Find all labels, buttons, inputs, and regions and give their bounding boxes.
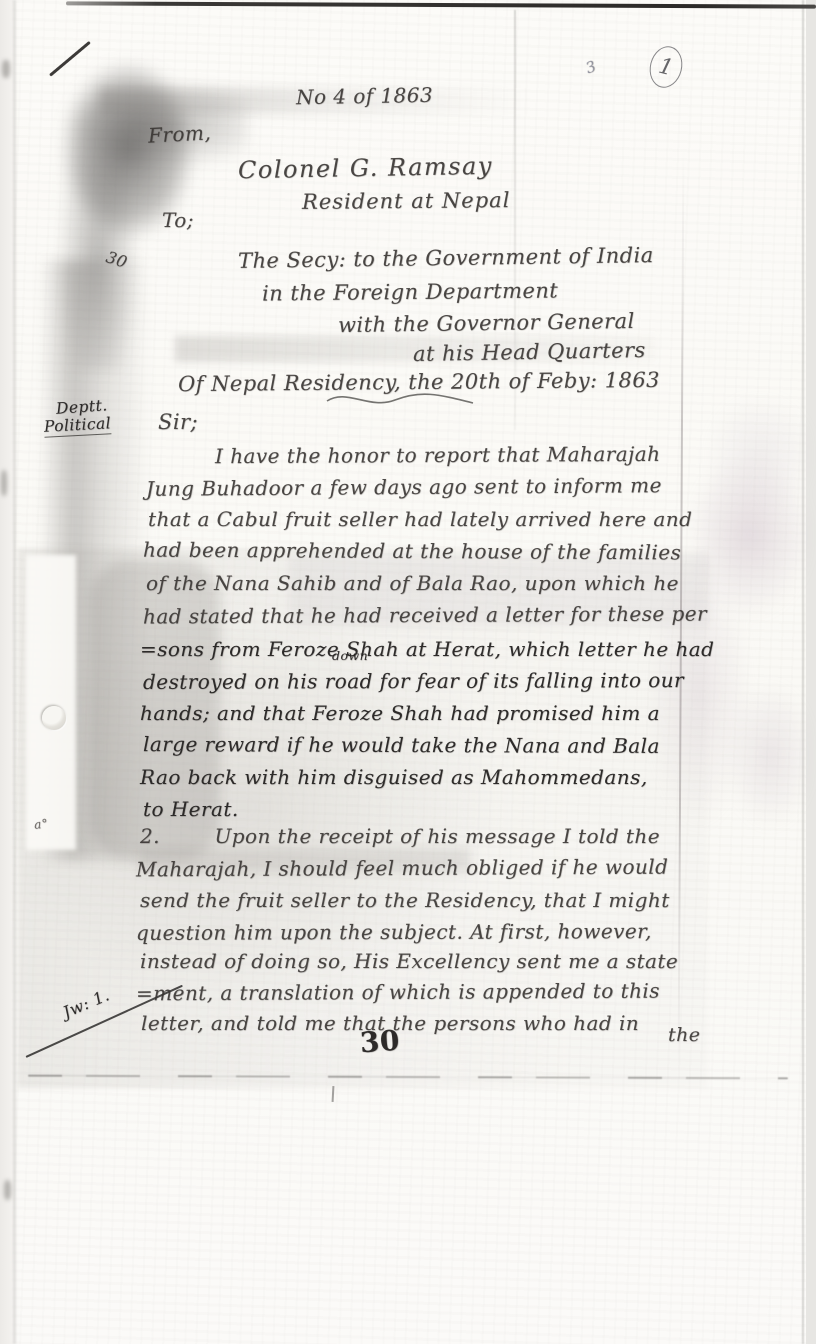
page-top-edge xyxy=(66,1,816,8)
letter-line: send the fruit seller to the Residency, … xyxy=(140,890,670,910)
letter-line: destroyed on his road for fear of its fa… xyxy=(143,670,684,692)
letter-line: had been apprehended at the house of the… xyxy=(143,540,681,563)
margin-scribble: a° xyxy=(33,817,48,830)
circled-page-number: 1 xyxy=(645,43,686,91)
letter-line: Rao back with him disguised as Mahommeda… xyxy=(140,767,648,787)
letter-line: =sons from Feroze Shah at Herat, which l… xyxy=(140,639,714,659)
scan-left-margin xyxy=(0,0,16,1344)
interline-insertion: down xyxy=(332,650,368,663)
letter-line: hands; and that Feroze Shah had promised… xyxy=(140,703,660,723)
faint-pencil-number: 3 xyxy=(584,59,599,77)
letter-line: I have the honor to report that Maharaja… xyxy=(215,444,661,466)
crease-tick xyxy=(332,1086,335,1102)
pen-stroke-mark xyxy=(49,41,91,77)
corner-smudge xyxy=(18,40,248,370)
letter-line: Jung Buhadoor a few days ago sent to inf… xyxy=(146,475,662,499)
bottom-crease xyxy=(28,1075,788,1080)
catchword: the xyxy=(668,1026,700,1045)
from-label: From, xyxy=(148,122,212,145)
letter-line: large reward if he would take the Nana a… xyxy=(143,734,660,756)
scan-right-seam xyxy=(802,0,804,1344)
margin-number: 30 xyxy=(104,249,129,271)
letter-line: had stated that he had received a letter… xyxy=(143,604,707,627)
letter-line: to Herat. xyxy=(143,799,239,819)
doc-number: No 4 of 1863 xyxy=(296,85,433,107)
letter-line: 2. Upon the receipt of his message I tol… xyxy=(140,826,660,846)
midpage-gray-wash xyxy=(18,548,708,1088)
from-name: Colonel G. Ramsay xyxy=(238,154,493,182)
letter-line: that a Cabul fruit seller had lately arr… xyxy=(148,509,692,529)
to-line: The Secy: to the Government of India xyxy=(238,245,654,272)
scan-right-margin xyxy=(806,0,816,1344)
to-line: in the Foreign Department xyxy=(262,280,558,304)
scan-left-seam xyxy=(13,0,16,1344)
to-line: with the Governor General xyxy=(338,311,635,336)
letter-line: Maharajah, I should feel much obliged if… xyxy=(136,857,668,880)
left-edge-smudge xyxy=(40,260,150,860)
from-title: Resident at Nepal xyxy=(302,190,511,213)
to-label: To; xyxy=(162,210,194,230)
letter-line: =ment, a translation of which is appende… xyxy=(136,981,660,1004)
scan-edge-mark xyxy=(2,60,10,78)
salutation: Sir; xyxy=(158,412,198,433)
dept-line: Political xyxy=(44,416,112,437)
center-fold-line xyxy=(514,10,516,430)
dateline: Of Nepal Residency, the 20th of Feby: 18… xyxy=(178,370,660,395)
letter-line: instead of doing so, His Excellency sent… xyxy=(140,951,678,971)
enclosure-note: Jw: 1. xyxy=(61,987,112,1021)
letter-line: question him upon the subject. At first,… xyxy=(136,921,652,943)
page-number: 1 xyxy=(656,53,676,81)
binding-strip xyxy=(26,555,76,850)
letter-line: of the Nana Sahib and of Bala Rao, upon … xyxy=(146,573,679,593)
to-line: at his Head Quarters xyxy=(413,340,646,365)
punch-hole xyxy=(42,706,66,730)
scanned-letter-page: 1 3 No 4 of 1863 From, Colonel G. Ramsay… xyxy=(0,0,816,1344)
scan-edge-mark xyxy=(4,1180,11,1200)
scan-edge-mark xyxy=(1,470,7,496)
underline-flourish xyxy=(325,392,475,410)
bottom-page-number: 30 xyxy=(359,1027,401,1058)
